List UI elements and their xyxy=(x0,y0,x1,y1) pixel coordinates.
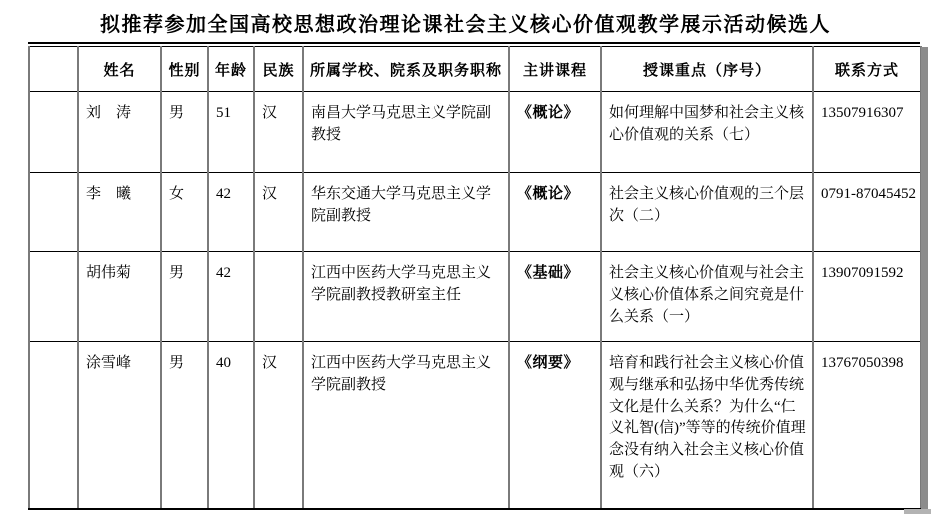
cell-name: 李 曦 xyxy=(78,173,161,252)
table-row-3: 胡伟菊 男 42 江西中医药大学马克思主义学院副教授教研室主任 《基础》 社会主… xyxy=(29,252,921,342)
cell-age: 42 xyxy=(208,173,254,252)
cell-age: 40 xyxy=(208,342,254,509)
table-row-2: 李 曦 女 42 汉 华东交通大学马克思主义学院副教授 《概论》 社会主义核心价… xyxy=(29,173,921,252)
cell-gender: 男 xyxy=(161,92,208,173)
cell-course: 《基础》 xyxy=(509,252,601,342)
cell-index xyxy=(29,92,78,173)
table-row-4: 涂雪峰 男 40 汉 江西中医药大学马克思主义学院副教授 《纲要》 培育和践行社… xyxy=(29,342,921,509)
header-cell-age: 年龄 xyxy=(208,47,254,92)
header-cell-contact: 联系方式 xyxy=(813,47,921,92)
cell-gender: 男 xyxy=(161,342,208,509)
cell-ethnicity: 汉 xyxy=(254,92,303,173)
document-page: 拟推荐参加全国高校思想政治理论课社会主义核心价值观教学展示活动候选人 姓名 性别… xyxy=(0,0,931,517)
cell-name: 胡伟菊 xyxy=(78,252,161,342)
cell-name: 刘 涛 xyxy=(78,92,161,173)
cell-contact: 13507916307 xyxy=(813,92,921,173)
cell-school: 江西中医药大学马克思主义学院副教授 xyxy=(303,342,509,509)
candidate-table: 姓名 性别 年龄 民族 所属学校、院系及职务职称 主讲课程 授课重点（序号） 联… xyxy=(28,46,922,510)
header-cell-index xyxy=(29,47,78,92)
cell-ethnicity: 汉 xyxy=(254,173,303,252)
table-row-1: 刘 涛 男 51 汉 南昌大学马克思主义学院副教授 《概论》 如何理解中国梦和社… xyxy=(29,92,921,173)
cell-gender: 男 xyxy=(161,252,208,342)
document-title: 拟推荐参加全国高校思想政治理论课社会主义核心价值观教学展示活动候选人 xyxy=(0,8,931,37)
cell-name: 涂雪峰 xyxy=(78,342,161,509)
cell-course: 《纲要》 xyxy=(509,342,601,509)
header-cell-focus: 授课重点（序号） xyxy=(601,47,813,92)
cell-school: 华东交通大学马克思主义学院副教授 xyxy=(303,173,509,252)
cell-school: 南昌大学马克思主义学院副教授 xyxy=(303,92,509,173)
table-shadow-bottom xyxy=(904,509,931,514)
candidate-table-wrapper: 姓名 性别 年龄 民族 所属学校、院系及职务职称 主讲课程 授课重点（序号） 联… xyxy=(28,42,920,510)
cell-age: 51 xyxy=(208,92,254,173)
cell-school: 江西中医药大学马克思主义学院副教授教研室主任 xyxy=(303,252,509,342)
cell-index xyxy=(29,252,78,342)
header-cell-ethnicity: 民族 xyxy=(254,47,303,92)
cell-course: 《概论》 xyxy=(509,92,601,173)
cell-index xyxy=(29,342,78,509)
cell-contact: 13907091592 xyxy=(813,252,921,342)
cell-focus: 社会主义核心价值观与社会主义核心价值体系之间究竟是什么关系（一） xyxy=(601,252,813,342)
header-cell-gender: 性别 xyxy=(161,47,208,92)
cell-ethnicity xyxy=(254,252,303,342)
table-header-row: 姓名 性别 年龄 民族 所属学校、院系及职务职称 主讲课程 授课重点（序号） 联… xyxy=(29,47,921,92)
header-cell-name: 姓名 xyxy=(78,47,161,92)
cell-ethnicity: 汉 xyxy=(254,342,303,509)
cell-age: 42 xyxy=(208,252,254,342)
cell-course: 《概论》 xyxy=(509,173,601,252)
cell-gender: 女 xyxy=(161,173,208,252)
table-shadow-right xyxy=(921,47,928,513)
cell-focus: 如何理解中国梦和社会主义核心价值观的关系（七） xyxy=(601,92,813,173)
header-cell-school: 所属学校、院系及职务职称 xyxy=(303,47,509,92)
cell-focus: 社会主义核心价值观的三个层次（二） xyxy=(601,173,813,252)
cell-index xyxy=(29,173,78,252)
cell-contact: 0791-87045452 xyxy=(813,173,921,252)
cell-focus: 培育和践行社会主义核心价值观与继承和弘扬中华优秀传统文化是什么关系？为什么“仁义… xyxy=(601,342,813,509)
header-cell-course: 主讲课程 xyxy=(509,47,601,92)
cell-contact: 13767050398 xyxy=(813,342,921,509)
